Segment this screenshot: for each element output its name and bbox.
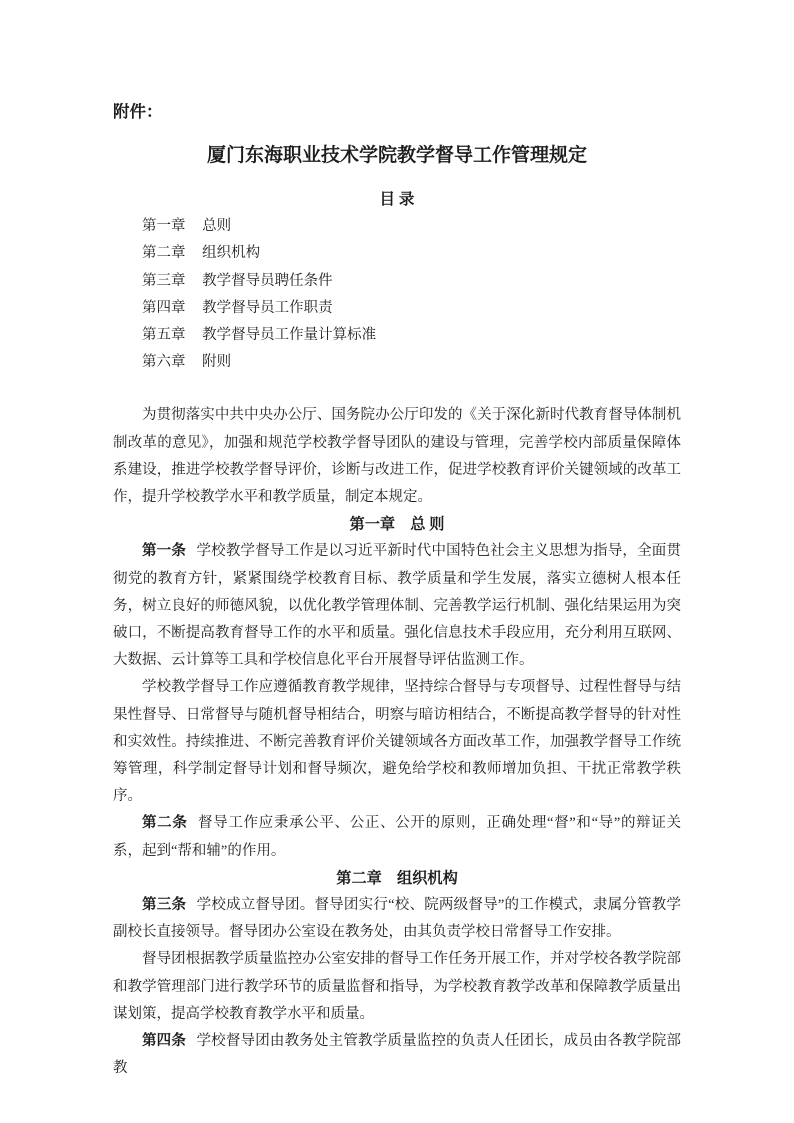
document-page: 附件： 厦门东海职业技术学院教学督导工作管理规定 目 录 第一章总则 第二章组织… (0, 0, 794, 1123)
article-paragraph-2: 第二条督导工作应秉承公平、公正、公开的原则，正确处理“督”和“导”的辩证关系，起… (113, 810, 681, 864)
toc-item-chapter3: 第三章教学督导员聘任条件 (113, 268, 681, 295)
toc-item-chapter5: 第五章教学督导员工作量计算标准 (113, 322, 681, 349)
article-number-label: 第二条 (142, 815, 188, 831)
toc-item-chapter6: 第六章附则 (113, 349, 681, 376)
toc-chapter-title: 组织机构 (202, 245, 260, 261)
toc-chapter-title: 教学督导员工作职责 (202, 300, 333, 316)
toc-chapter-label: 第四章 (142, 300, 186, 316)
attachment-label: 附件： (113, 100, 681, 124)
toc-chapter-title: 教学督导员工作量计算标准 (202, 327, 376, 343)
toc-item-chapter2: 第二章组织机构 (113, 240, 681, 267)
article-paragraph-4: 第四条学校督导团由教务处主管教学质量监控的负责人任团长，成员由各教学院部教 (113, 1028, 681, 1082)
table-of-contents: 第一章总则 第二章组织机构 第三章教学督导员聘任条件 第四章教学督导员工作职责 … (113, 213, 681, 376)
toc-chapter-title: 教学督导员聘任条件 (202, 273, 333, 289)
preamble-paragraph: 为贯彻落实中共中央办公厅、国务院办公厅印发的《关于深化新时代教育督导体制机制改革… (113, 402, 681, 511)
article-text: 督导工作应秉承公平、公正、公开的原则，正确处理“督”和“导”的辩证关系，起到“帮… (113, 815, 681, 858)
article-number-label: 第三条 (142, 897, 186, 913)
toc-item-chapter4: 第四章教学督导员工作职责 (113, 295, 681, 322)
toc-chapter-title: 总则 (202, 218, 231, 234)
article-paragraph-3: 第三条学校成立督导团。督导团实行“校、院两级督导”的工作模式，隶属分管教学副校长… (113, 892, 681, 946)
article-text: 学校教学督导工作是以习近平新时代中国特色社会主义思想为指导，全面贯彻党的教育方针… (113, 543, 681, 668)
article-paragraph-1: 第一条学校教学督导工作是以习近平新时代中国特色社会主义思想为指导，全面贯彻党的教… (113, 538, 681, 674)
chapter2-heading: 第二章 组织机构 (113, 865, 681, 892)
article-number-label: 第一条 (142, 543, 186, 559)
toc-chapter-title: 附则 (202, 354, 231, 370)
blank-line (113, 376, 681, 402)
article-text: 学校督导团由教务处主管教学质量监控的负责人任团长，成员由各教学院部教 (113, 1033, 681, 1076)
chapter1-heading: 第一章 总 则 (113, 511, 681, 538)
article-paragraph-3-continued: 督导团根据教学质量监控办公室安排的督导工作任务开展工作，并对学校各教学院部和教学… (113, 946, 681, 1028)
toc-heading: 目 录 (113, 186, 681, 213)
toc-chapter-label: 第六章 (142, 354, 186, 370)
toc-item-chapter1: 第一章总则 (113, 213, 681, 240)
article-number-label: 第四条 (142, 1033, 186, 1049)
toc-chapter-label: 第二章 (142, 245, 186, 261)
toc-chapter-label: 第五章 (142, 327, 186, 343)
toc-chapter-label: 第一章 (142, 218, 186, 234)
article-text: 学校成立督导团。督导团实行“校、院两级督导”的工作模式，隶属分管教学副校长直接领… (113, 897, 681, 940)
document-title: 厦门东海职业技术学院教学督导工作管理规定 (113, 140, 681, 172)
toc-chapter-label: 第三章 (142, 273, 186, 289)
article-paragraph-1-continued: 学校教学督导工作应遵循教育教学规律，坚持综合督导与专项督导、过程性督导与结果性督… (113, 674, 681, 810)
